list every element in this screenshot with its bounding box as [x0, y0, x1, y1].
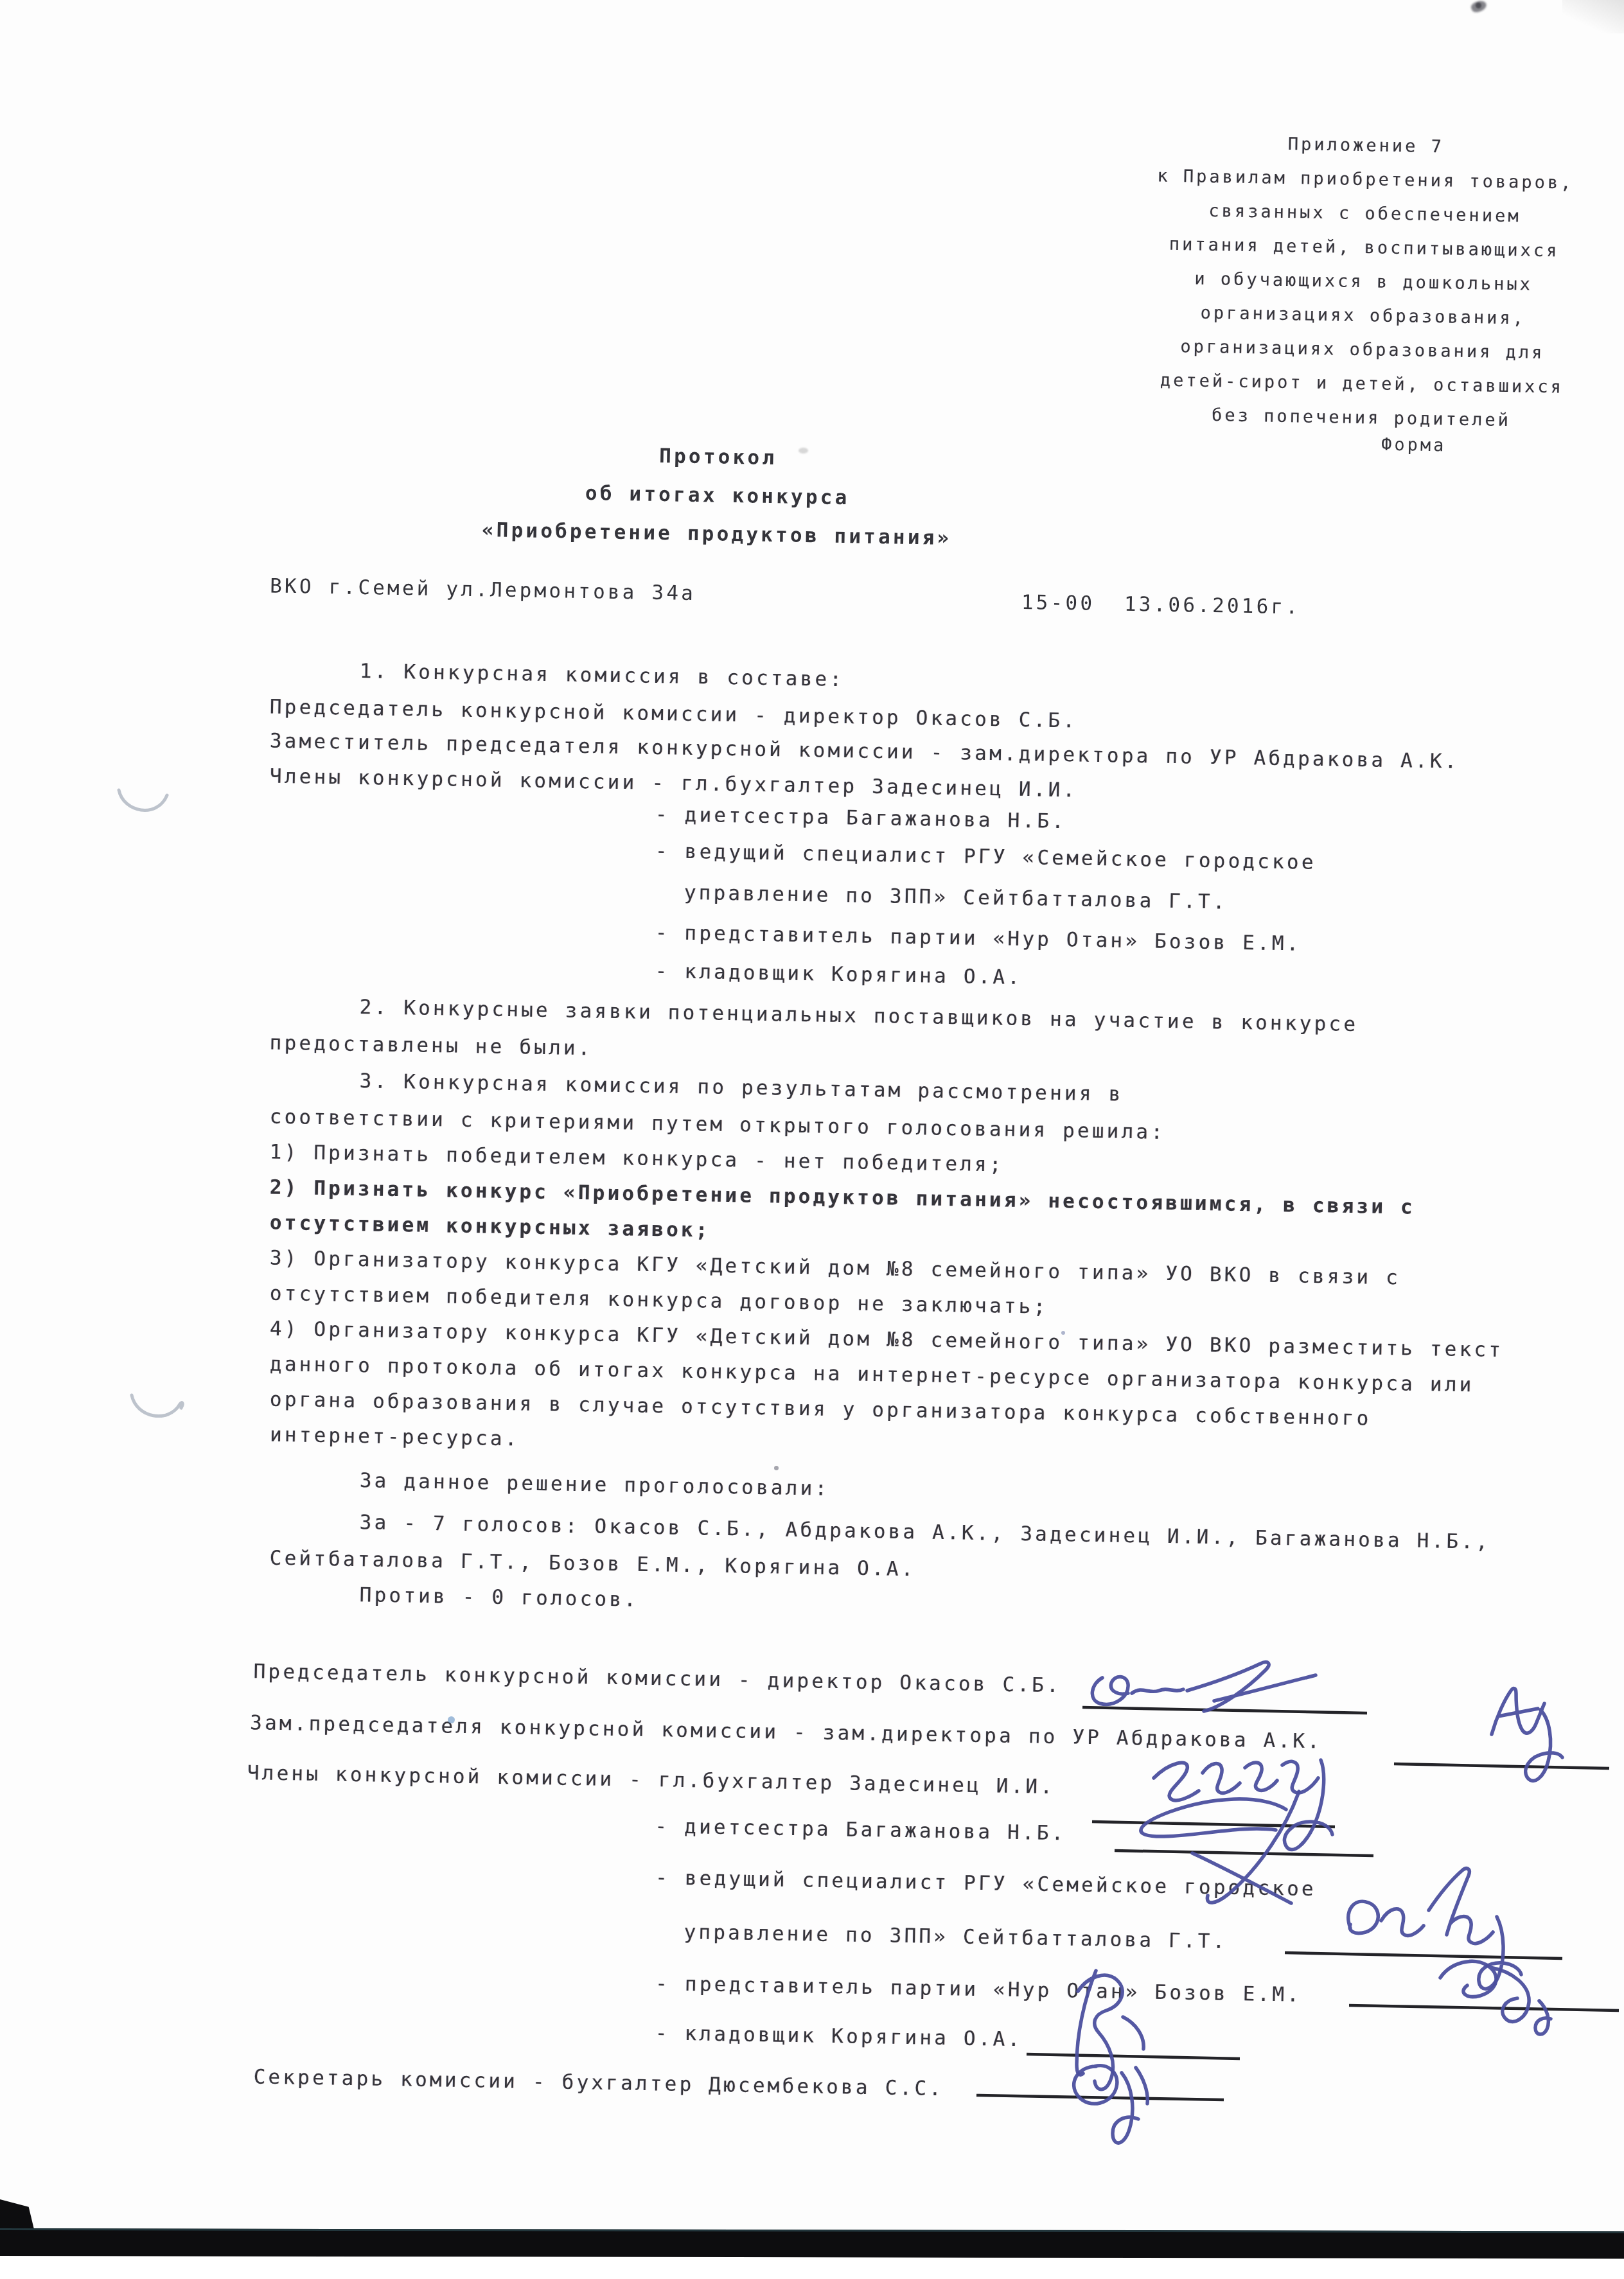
document-line: Члены конкурсной комиссии - гл.бухгалтер… — [247, 1760, 1055, 1800]
document-line: управление по ЗПП» Сейтбатталова Г.Т. — [684, 1919, 1228, 1955]
venue-address: ВКО г.Семей ул.Лермонтова 34а — [270, 574, 696, 605]
document-line: Председатель конкурсной комиссии - дирек… — [253, 1659, 1061, 1698]
document-line: Члены конкурсной комиссии - гл.бухгалтер… — [270, 764, 1078, 804]
document-line: 1. Конкурсная комиссия в составе: — [359, 658, 844, 692]
ink-dot-speck — [448, 1716, 455, 1723]
scan-speck — [799, 448, 808, 453]
document-line: Сейтбаталова Г.Т., Бозов Е.М., Корягина … — [269, 1545, 916, 1583]
document-line: - ведущий специалист РГУ «Семейское горо… — [655, 1865, 1316, 1902]
document-line: управление по ЗПП» Сейтбатталова Г.Т. — [684, 880, 1228, 915]
protocol-datetime: 15-00 13.06.2016г. — [1021, 591, 1301, 619]
document-line: За данное решение проголосовали: — [360, 1468, 830, 1502]
document-line: - представитель партии «Нур Отан» Бозов … — [655, 1971, 1302, 2008]
document-line: интернет-ресурса. — [270, 1422, 520, 1452]
document-line: Председатель конкурсной комиссии - дирек… — [270, 694, 1078, 734]
document-line: соответствии с критериями путем открытог… — [269, 1104, 1165, 1145]
document-line: 3. Конкурсная комиссия по результатам ра… — [359, 1068, 1123, 1107]
scan-speck — [774, 1466, 779, 1470]
document-line: 1) Признать победителем конкурса - нет п… — [269, 1139, 1004, 1178]
scanned-document-page: Приложение 7 к Правилам приобретения тов… — [0, 0, 1624, 2251]
scan-speck — [1061, 1331, 1065, 1335]
document-line: - ведущий специалист РГУ «Семейское горо… — [655, 838, 1316, 876]
scan-edge-mark-core — [1476, 3, 1481, 8]
document-line: За - 7 голосов: Окасов С.Б., Абдракова А… — [359, 1509, 1490, 1555]
document-body: 1. Конкурсная комиссия в составе:Председ… — [0, 0, 1624, 28]
document-line: отсутствием конкурсных заявок; — [269, 1210, 710, 1244]
document-line: 2. Конкурсные заявки потенциальных поста… — [359, 994, 1358, 1037]
scanner-edge-band — [0, 2228, 1624, 2251]
document-line: предоставлены не были. — [269, 1030, 593, 1062]
document-line: - кладовщик Корягина О.А. — [655, 958, 1022, 990]
appendix-note: Приложение 7 к Правилам приобретения тов… — [1114, 124, 1614, 439]
document-line: Против - 0 голосов. — [359, 1582, 639, 1613]
document-line: - представитель партии «Нур Отан» Бозов … — [655, 920, 1302, 957]
scan-corner-shade — [1562, 0, 1624, 33]
document-line: - диетсестра Багажанова Н.Б. — [655, 1813, 1066, 1846]
appendix-form-label: Форма — [1381, 435, 1447, 456]
document-line: Зам.председателя конкурсной комиссии - з… — [250, 1710, 1322, 1754]
document-line: Секретарь комиссии - бухгалтер Дюсембеко… — [253, 2064, 944, 2102]
document-line: - диетсестра Багажанова Н.Б. — [655, 802, 1067, 834]
document-line: отсутствием победителя конкурса договор … — [270, 1281, 1048, 1320]
document-line: - кладовщик Корягина О.А. — [655, 2020, 1023, 2052]
document-content: Приложение 7 к Правилам приобретения тов… — [0, 0, 1624, 2251]
document-title: Протокол об итогах конкурса «Приобретени… — [312, 431, 1123, 561]
